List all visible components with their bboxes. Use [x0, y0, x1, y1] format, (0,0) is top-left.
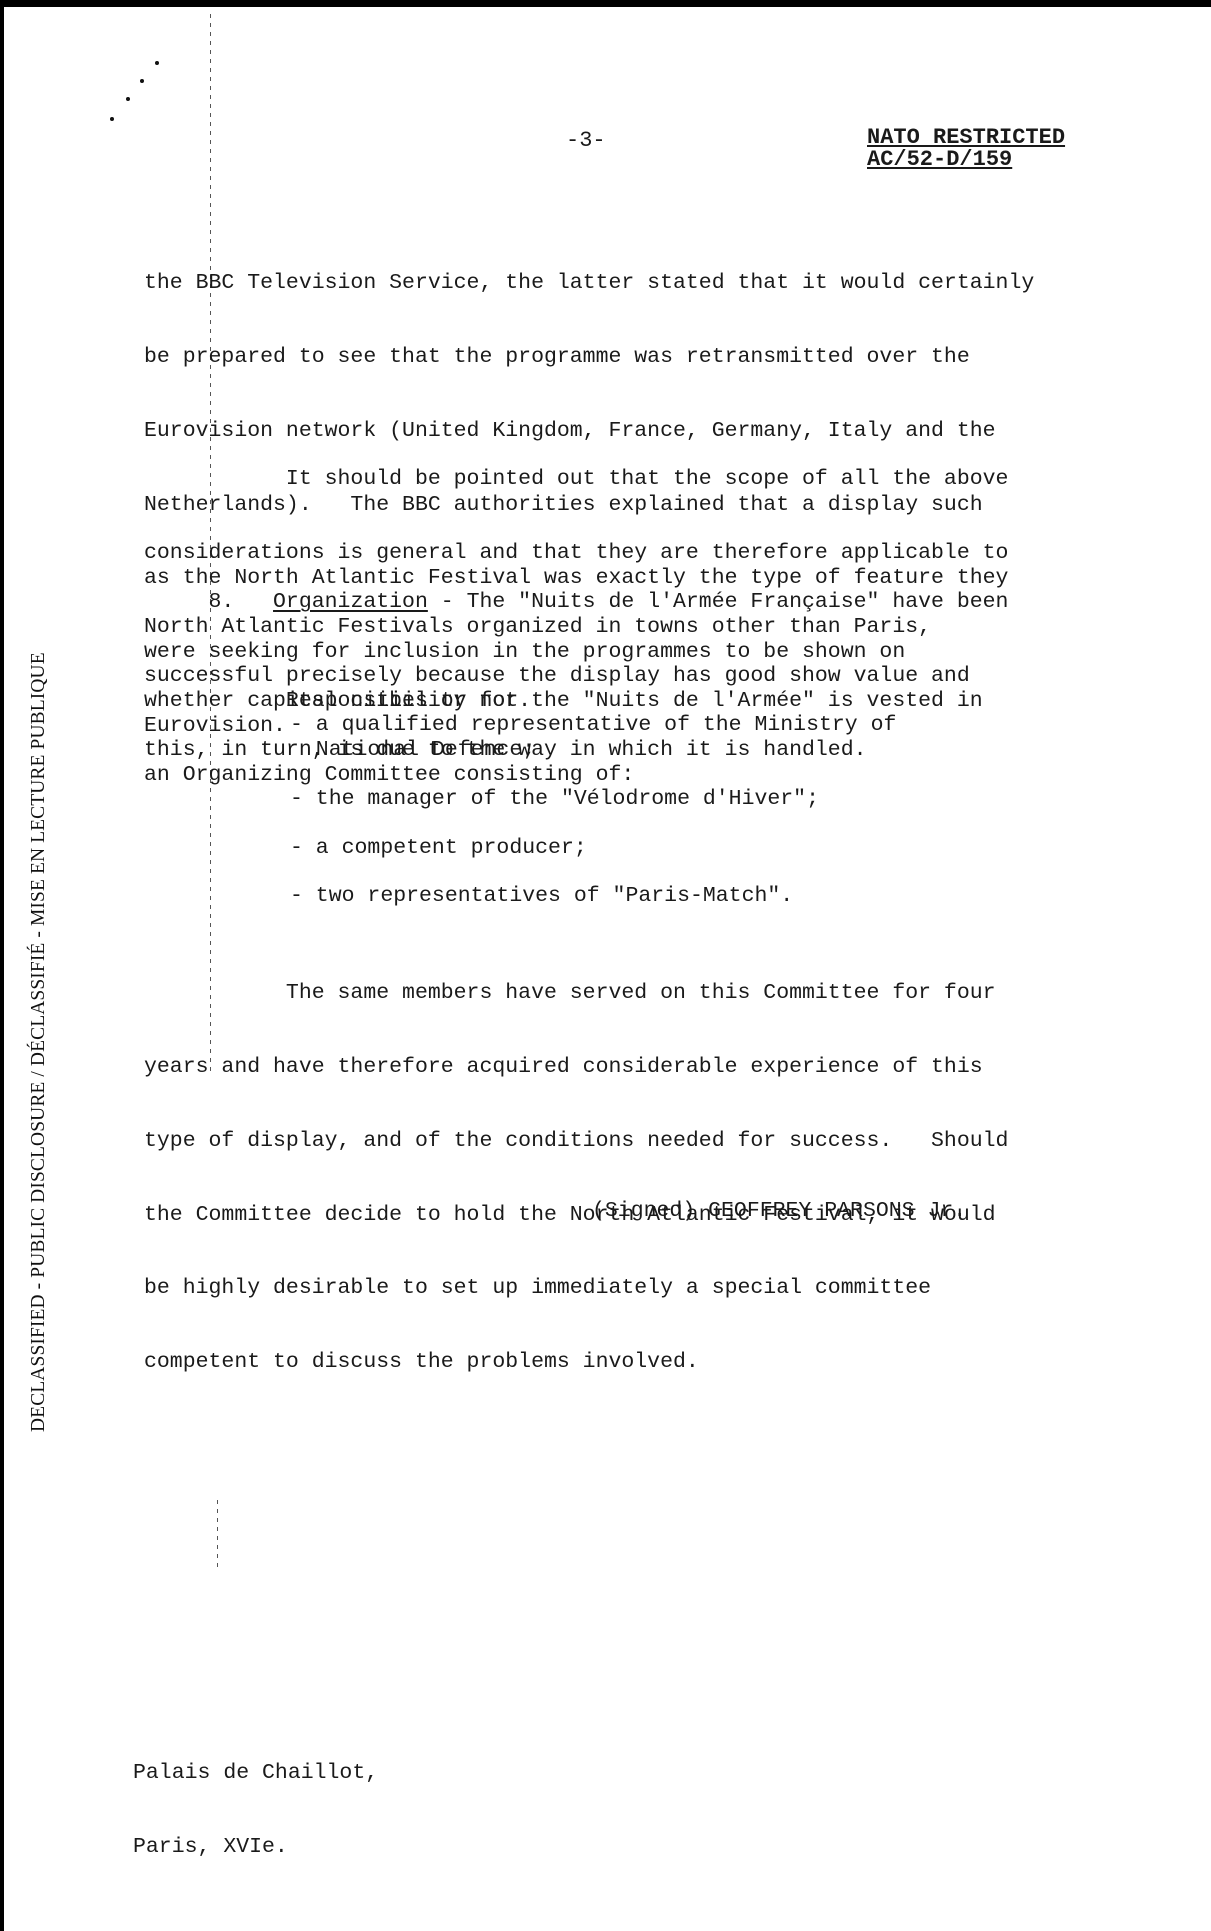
paragraph-number: 8.	[144, 590, 273, 614]
section-heading: Organization	[273, 590, 428, 614]
document-reference: AC/52-D/159	[867, 149, 1065, 171]
text-line: be highly desirable to set up immediatel…	[144, 1276, 1194, 1301]
text-line: years and have therefore acquired consid…	[144, 1055, 1194, 1080]
committee-member-item: - the manager of the "Vélodrome d'Hiver"…	[290, 787, 819, 812]
committee-member-item: - two representatives of "Paris-Match".	[290, 884, 793, 909]
fold-line-lower	[217, 1500, 218, 1570]
paragraph-committee-experience: The same members have served on this Com…	[144, 932, 1194, 1399]
declassified-banner: DECLASSIFIED - PUBLIC DISCLOSURE / DÉCLA…	[28, 652, 50, 1432]
text-line: The same members have served on this Com…	[144, 981, 1194, 1006]
classification-block: NATO RESTRICTED AC/52-D/159	[867, 127, 1065, 171]
text-line: type of display, and of the conditions n…	[144, 1129, 1194, 1154]
text-line: competent to discuss the problems involv…	[144, 1350, 1194, 1375]
signature-line: (Signed) GEOFFREY PARSONS Jr.	[592, 1199, 966, 1223]
text-line: the BBC Television Service, the latter s…	[144, 271, 1194, 296]
scan-left-border	[0, 0, 4, 1931]
text-line: 8. Organization - The "Nuits de l'Armée …	[144, 590, 1194, 615]
classification-label: NATO RESTRICTED	[867, 127, 1065, 149]
address-line: Palais de Chaillot,	[133, 1761, 378, 1786]
text-fragment: - The "Nuits de l'Armée Française" have …	[428, 590, 1009, 614]
text-line: Responsibility for the "Nuits de l'Armée…	[144, 689, 1194, 714]
committee-member-item: - a competent producer;	[290, 836, 587, 861]
text-line: be prepared to see that the programme wa…	[144, 345, 1194, 370]
scan-top-border	[0, 0, 1211, 7]
page-number: -3-	[566, 128, 606, 153]
text-line: It should be pointed out that the scope …	[144, 467, 1194, 492]
committee-member-item: - a qualified representative of the Mini…	[290, 713, 896, 762]
address-block: Palais de Chaillot, Paris, XVIe.	[133, 1712, 378, 1884]
address-line: Paris, XVIe.	[133, 1835, 378, 1860]
text-line: an Organizing Committee consisting of:	[144, 763, 1194, 788]
